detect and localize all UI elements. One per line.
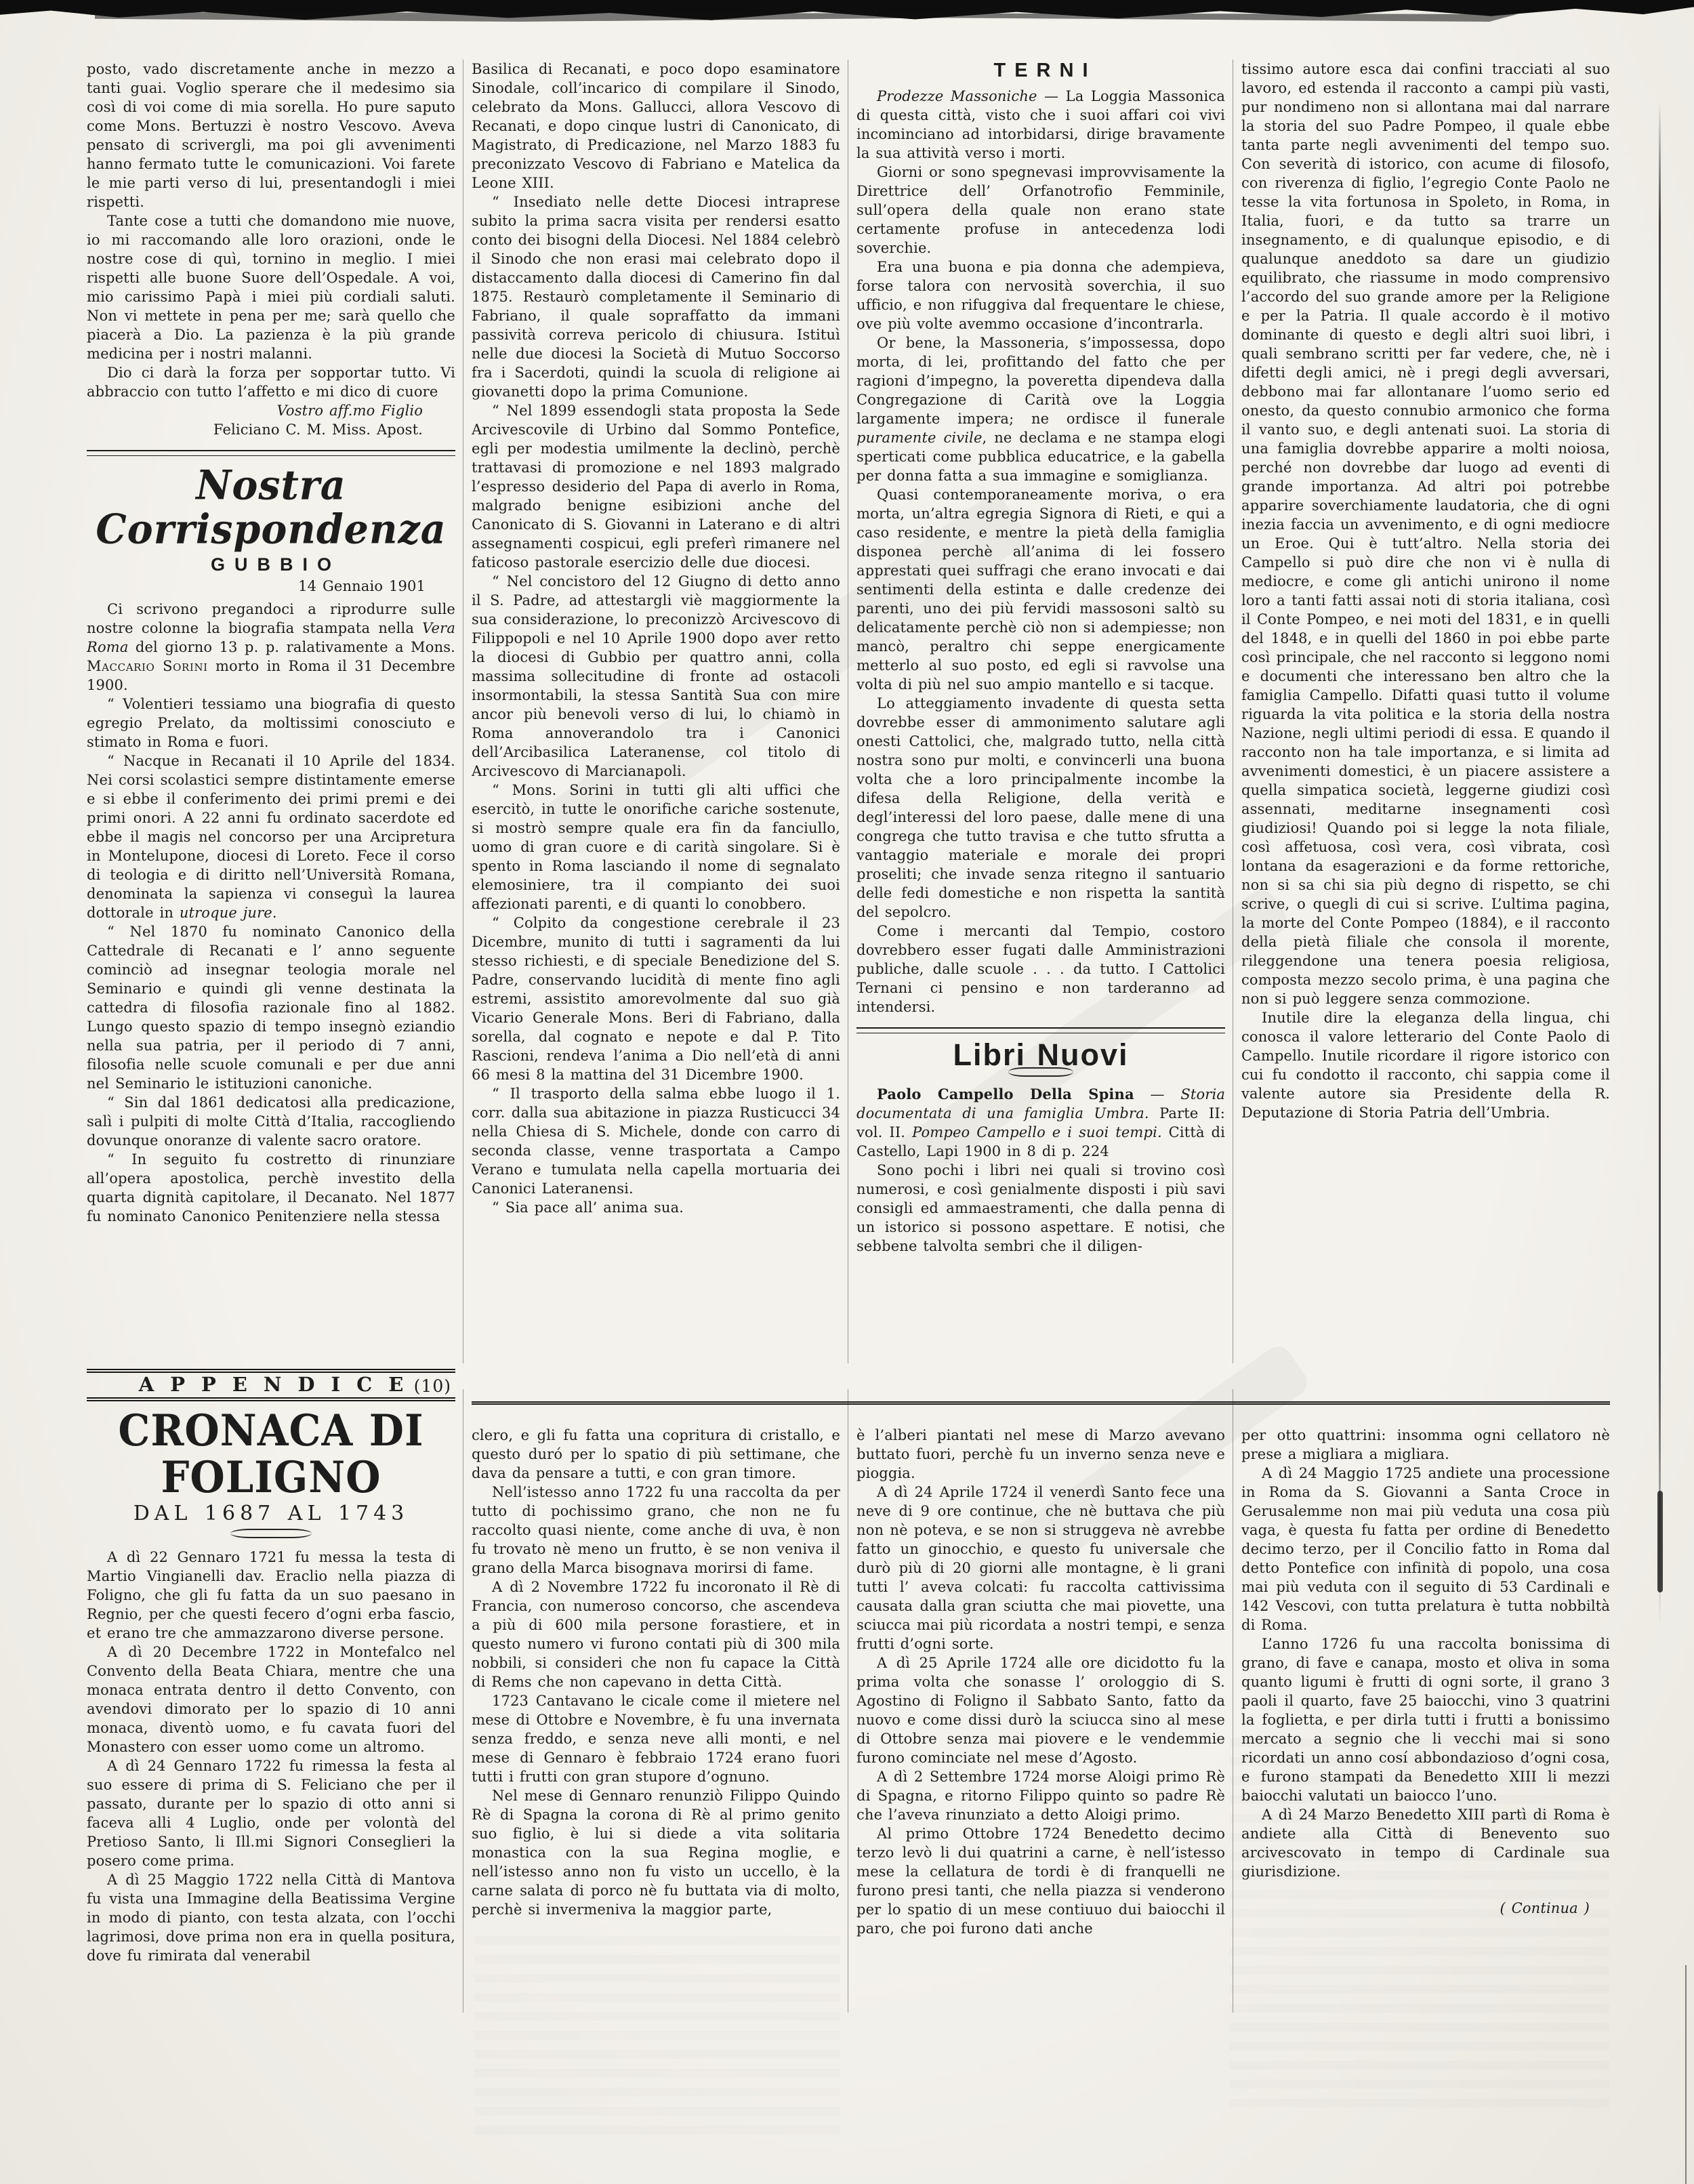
chronicle-paragraph: A dì 24 Gennaro 1722 fu rimessa la festa… (87, 1756, 455, 1870)
section-rule (856, 1027, 1225, 1033)
column-rule (848, 60, 848, 1363)
chronicle-paragraph: Nel mese di Gennaro renunziò Filippo Qui… (472, 1786, 840, 1919)
column-rule (848, 1389, 848, 2013)
article-paragraph: “ Volentieri tessiamo una biografia di q… (87, 695, 455, 751)
column-rule (1233, 1389, 1233, 2013)
letter-paragraph: Dio ci darà la forza per sopportar tutto… (87, 363, 455, 401)
column-rule (463, 60, 463, 1363)
chronicle-paragraph: A dì 22 Gennaro 1721 fu messa la testa d… (87, 1548, 455, 1643)
appendix-column-2: clero, e gli fu fatta una copritura di c… (472, 1362, 840, 2182)
article-paragraph: “ In seguito fu costretto di rinunziare … (87, 1150, 455, 1226)
letter-paragraph: Tante cose a tutti che domandono mie nuo… (87, 211, 455, 363)
chronicle-paragraph: L’anno 1726 fu una raccolta bonissima di… (1241, 1634, 1610, 1805)
chronicle-paragraph: clero, e gli fu fatta una copritura di c… (472, 1426, 840, 1483)
column-3: TERNI Prodezze Massoniche — La Loggia Ma… (856, 60, 1225, 1363)
chronicle-paragraph: A dì 20 Decembre 1722 in Montefalco nel … (87, 1643, 455, 1756)
scan-right-edge-bottom (1685, 1965, 1687, 2184)
chronicle-paragraph: è l’alberi piantati nel mese di Marzo av… (856, 1426, 1225, 1483)
column-rule (463, 1389, 463, 2013)
emphasized-phrase: puramente civile (856, 430, 983, 446)
chronicle-paragraph: per otto quattrini: insomma ogni cellato… (1241, 1426, 1610, 1464)
cronaca-title: CRONACA DI FOLIGNO (87, 1407, 455, 1501)
person-name: Maccario Sorini (87, 658, 208, 674)
text-segment: Or bene, la Massoneria, s’impossessa, do… (856, 335, 1225, 427)
signature-role: Feliciano C. M. Miss. Apost. (87, 420, 455, 439)
article-paragraph: “ Nel concistoro del 12 Giugno di detto … (472, 572, 840, 781)
masthead-script: Nostra Corrispondenza (87, 463, 455, 552)
article-paragraph: Come i mercanti dal Tempio, costoro dovr… (856, 922, 1225, 1016)
appendix-column-4: per otto quattrini: insomma ogni cellato… (1241, 1362, 1610, 2182)
libri-nuovi-header: Libri Nuovi (856, 1046, 1225, 1065)
book-author: Paolo Campello Della Spina (877, 1086, 1134, 1103)
text-segment: Ci scrivono pregandoci a riprodurre sull… (87, 601, 455, 636)
article-paragraph: “ Sia pace all’ anima sua. (472, 1198, 840, 1217)
signature-name: Vostro aff.mo Figlio (87, 401, 455, 420)
article-lead-italic: Prodezze Massoniche (877, 88, 1037, 104)
book-volume-title: Pompeo Campello e i suoi tempi. (912, 1124, 1162, 1140)
cronaca-subtitle: DAL 1687 AL 1743 (87, 1504, 455, 1523)
chronicle-paragraph: 1723 Cantavano le cicale come il mietere… (472, 1691, 840, 1786)
chronicle-paragraph: A dì 25 Aprile 1724 alle ore dicidotto f… (856, 1653, 1225, 1767)
dateline: 14 Gennaio 1901 (87, 577, 455, 596)
article-paragraph: Prodezze Massoniche — La Loggia Massonic… (856, 87, 1225, 163)
article-paragraph: Ci scrivono pregandoci a riprodurre sull… (87, 600, 455, 695)
text-segment: — (1134, 1086, 1181, 1103)
appendice-label: APPENDICE (87, 1375, 455, 1394)
article-paragraph: Quasi contemporaneamente moriva, o era m… (856, 485, 1225, 694)
chronicle-paragraph: A dì 24 Marzo Benedetto XIII partì di Ro… (1241, 1805, 1610, 1881)
article-paragraph: Sono pochi i libri nei quali si trovino … (856, 1161, 1225, 1256)
appendix-section: APPENDICE (10) CRONACA DI FOLIGNO DAL 16… (87, 1362, 1610, 2182)
chronicle-paragraph: A dì 2 Novembre 1722 fu incoronato il Rè… (472, 1578, 840, 1691)
appendix-column-3: è l’alberi piantati nel mese di Marzo av… (856, 1362, 1225, 2182)
upper-section: posto, vado discretamente anche in mezzo… (87, 60, 1610, 1363)
article-paragraph: “ Nel 1899 essendogli stata proposta la … (472, 401, 840, 572)
chronicle-paragraph: Nell’istesso anno 1722 fu una raccolta d… (472, 1483, 840, 1578)
article-paragraph: “ Insediato nelle dette Diocesi intrapre… (472, 192, 840, 401)
scan-right-blot (1657, 1491, 1663, 1592)
column-2: Basilica di Recanati, e poco dopo esamin… (472, 60, 840, 1363)
article-paragraph: “ Mons. Sorini in tutti gli alti uffici … (472, 781, 840, 913)
article-paragraph: Inutile dire la eleganza della lingua, c… (1241, 1008, 1610, 1122)
newspaper-page: posto, vado discretamente anche in mezzo… (0, 0, 1694, 2184)
section-rule (87, 450, 455, 456)
article-paragraph: tissimo autore esca dai confini tracciat… (1241, 60, 1610, 1008)
city-header-gubbio: GUBBIO (87, 555, 455, 574)
appendice-bar: APPENDICE (10) (87, 1369, 455, 1401)
article-paragraph: Lo atteggiamento invadente di questa set… (856, 694, 1225, 922)
terni-header: TERNI (856, 61, 1225, 80)
book-reference: Paolo Campello Della Spina — Storia docu… (856, 1085, 1225, 1161)
appendice-issue-number: (10) (414, 1377, 451, 1396)
chronicle-paragraph: A dì 2 Settembre 1724 morse Aloigi primo… (856, 1767, 1225, 1824)
latin-phrase: utroque jure (180, 905, 272, 921)
text-segment: . (272, 905, 277, 921)
chronicle-paragraph: A dì 24 Maggio 1725 andiete una processi… (1241, 1464, 1610, 1634)
article-paragraph: “ Colpito da congestione cerebrale il 23… (472, 913, 840, 1084)
continua-note: ( Continua ) (1241, 1899, 1610, 1918)
article-paragraph: Or bene, la Massoneria, s’impossessa, do… (856, 333, 1225, 485)
article-paragraph: “ Nacque in Recanati il 10 Aprile del 18… (87, 751, 455, 922)
ornament-flourish (230, 1529, 312, 1538)
appendix-column-1: APPENDICE (10) CRONACA DI FOLIGNO DAL 16… (87, 1362, 455, 2182)
text-segment: del giorno 13 p. p. ralativamente a Mons… (129, 639, 456, 655)
column-rule (1233, 60, 1233, 1363)
chronicle-paragraph: A dì 25 Maggio 1722 nella Città di Manto… (87, 1870, 455, 1965)
article-paragraph: Era una buona e pia donna che adempieva,… (856, 257, 1225, 333)
article-paragraph: “ Il trasporto della salma ebbe luogo il… (472, 1084, 840, 1198)
chronicle-paragraph: A dì 24 Aprile 1724 il venerdì Santo fec… (856, 1483, 1225, 1653)
letter-paragraph: posto, vado discretamente anche in mezzo… (87, 60, 455, 211)
appendix-top-rule (472, 1401, 1610, 1405)
article-paragraph: Basilica di Recanati, e poco dopo esamin… (472, 60, 840, 192)
chronicle-paragraph: Al primo Ottobre 1724 Benedetto decimo t… (856, 1824, 1225, 1938)
scan-right-edge (1659, 102, 1661, 1626)
text-segment: “ Nacque in Recanati il 10 Aprile del 18… (87, 753, 455, 921)
article-paragraph: “ Sin dal 1861 dedicatosi alla predicazi… (87, 1093, 455, 1150)
column-1: posto, vado discretamente anche in mezzo… (87, 60, 455, 1363)
article-paragraph: “ Nel 1870 fu nominato Canonico della Ca… (87, 922, 455, 1093)
column-4: tissimo autore esca dai confini tracciat… (1241, 60, 1610, 1363)
article-paragraph: Giorni or sono spegnevasi improvvisament… (856, 163, 1225, 257)
